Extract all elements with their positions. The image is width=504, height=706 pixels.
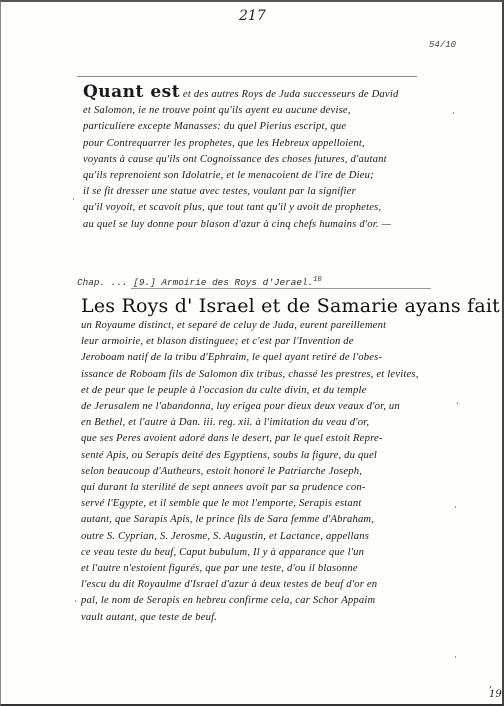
section-1-line: qu'il voyoit, et scavoit plus, que tout … [83, 200, 483, 216]
section-2-title: Les Roys d' Israel et de Samarie ayans f… [81, 294, 481, 318]
section-2-line: que ses Peres avoient adoré dans le dese… [81, 431, 481, 447]
section-2-line: outre S. Cyprian, S. Jerosme, S. Augusti… [81, 529, 481, 545]
section-1-line: et Salomon, ie ne trouve point qu'ils ay… [83, 103, 483, 119]
scan-speck [455, 506, 456, 508]
section-2-line: vault autant, que teste de beuf. [81, 610, 481, 626]
top-rule [77, 76, 417, 77]
section-2-line: selon beaucoup d'Autheurs, estoit honoré… [81, 464, 481, 480]
corner-mark: , 19 [489, 680, 502, 700]
section-2-line: et l'autre n'estoient figurés, que par u… [81, 561, 481, 577]
scan-speck [453, 112, 454, 114]
section-1-line: qu'ils reprenoient son Idolatrie, et le … [83, 168, 483, 184]
section-1-line: au quel se luy donne pour blason d'azur … [83, 217, 483, 233]
initial-words: Quant est [83, 84, 180, 102]
section-2-line: servé l'Egypte, et il semble que le mot … [81, 496, 481, 512]
scan-speck [73, 198, 74, 200]
section-2-line: de Jerusalem ne l'abandonna, luy erigea … [81, 399, 481, 415]
section-1-line: pour Contrequarrer les prophetes, que le… [83, 136, 483, 152]
scan-speck [457, 402, 458, 404]
footnote-number: 10 [313, 276, 321, 284]
catalog-reference: 54/10 [429, 40, 456, 50]
folio-number: 217 [239, 8, 266, 24]
section-2-line: issance de Roboam fils de Salomon dix tr… [81, 367, 481, 383]
section-2-line: et de peur que le peuple à l'occasion du… [81, 383, 481, 399]
section-2-text: Les Roys d' Israel et de Samarie ayans f… [81, 294, 481, 626]
section-2-line: qui durant la sterilité de sept annees a… [81, 480, 481, 496]
section-2-line: leur armoirie, et blason distinguee; et … [81, 334, 481, 350]
section-1-line: particuliere excepte Manasses: du quel P… [83, 119, 483, 135]
section-2-line: en Bethel, et l'autre à Dan. iii. reg. x… [81, 415, 481, 431]
chapter-caption: Chap. ... [9.] Armoirie des Roys d'Jerae… [77, 276, 322, 288]
section-2-line: un Royaume distinct, et separé de celuy … [81, 318, 481, 334]
section-1-line: il se fit dresser une statue avec testes… [83, 184, 483, 200]
scan-speck [75, 600, 76, 602]
section-2-line: Jeroboam natif de la tribu d'Ephraim, le… [81, 350, 481, 366]
section-1-line: voyants à cause qu'ils ont Cognoissance … [83, 152, 483, 168]
manuscript-page: 217 54/10 Quant est et des autres Roys d… [0, 0, 504, 706]
section-2-line: autant, que Sarapis Apis, le prince fils… [81, 512, 481, 528]
section-rule [131, 288, 431, 289]
scan-speck [455, 656, 456, 658]
section-2-line: pal, le nom de Serapis en hebreu confirm… [81, 593, 481, 609]
section-1-text: Quant est et des autres Roys de Juda suc… [83, 84, 483, 233]
section-2-line: ce veau teste du beuf, Caput bubulum, Il… [81, 545, 481, 561]
section-2-line: l'escu du dit Royaulme d'Israel d'azur à… [81, 577, 481, 593]
section-1-line: Quant est et des autres Roys de Juda suc… [83, 84, 483, 103]
section-2-line: senté Apis, ou Serapis deité des Egyptie… [81, 448, 481, 464]
